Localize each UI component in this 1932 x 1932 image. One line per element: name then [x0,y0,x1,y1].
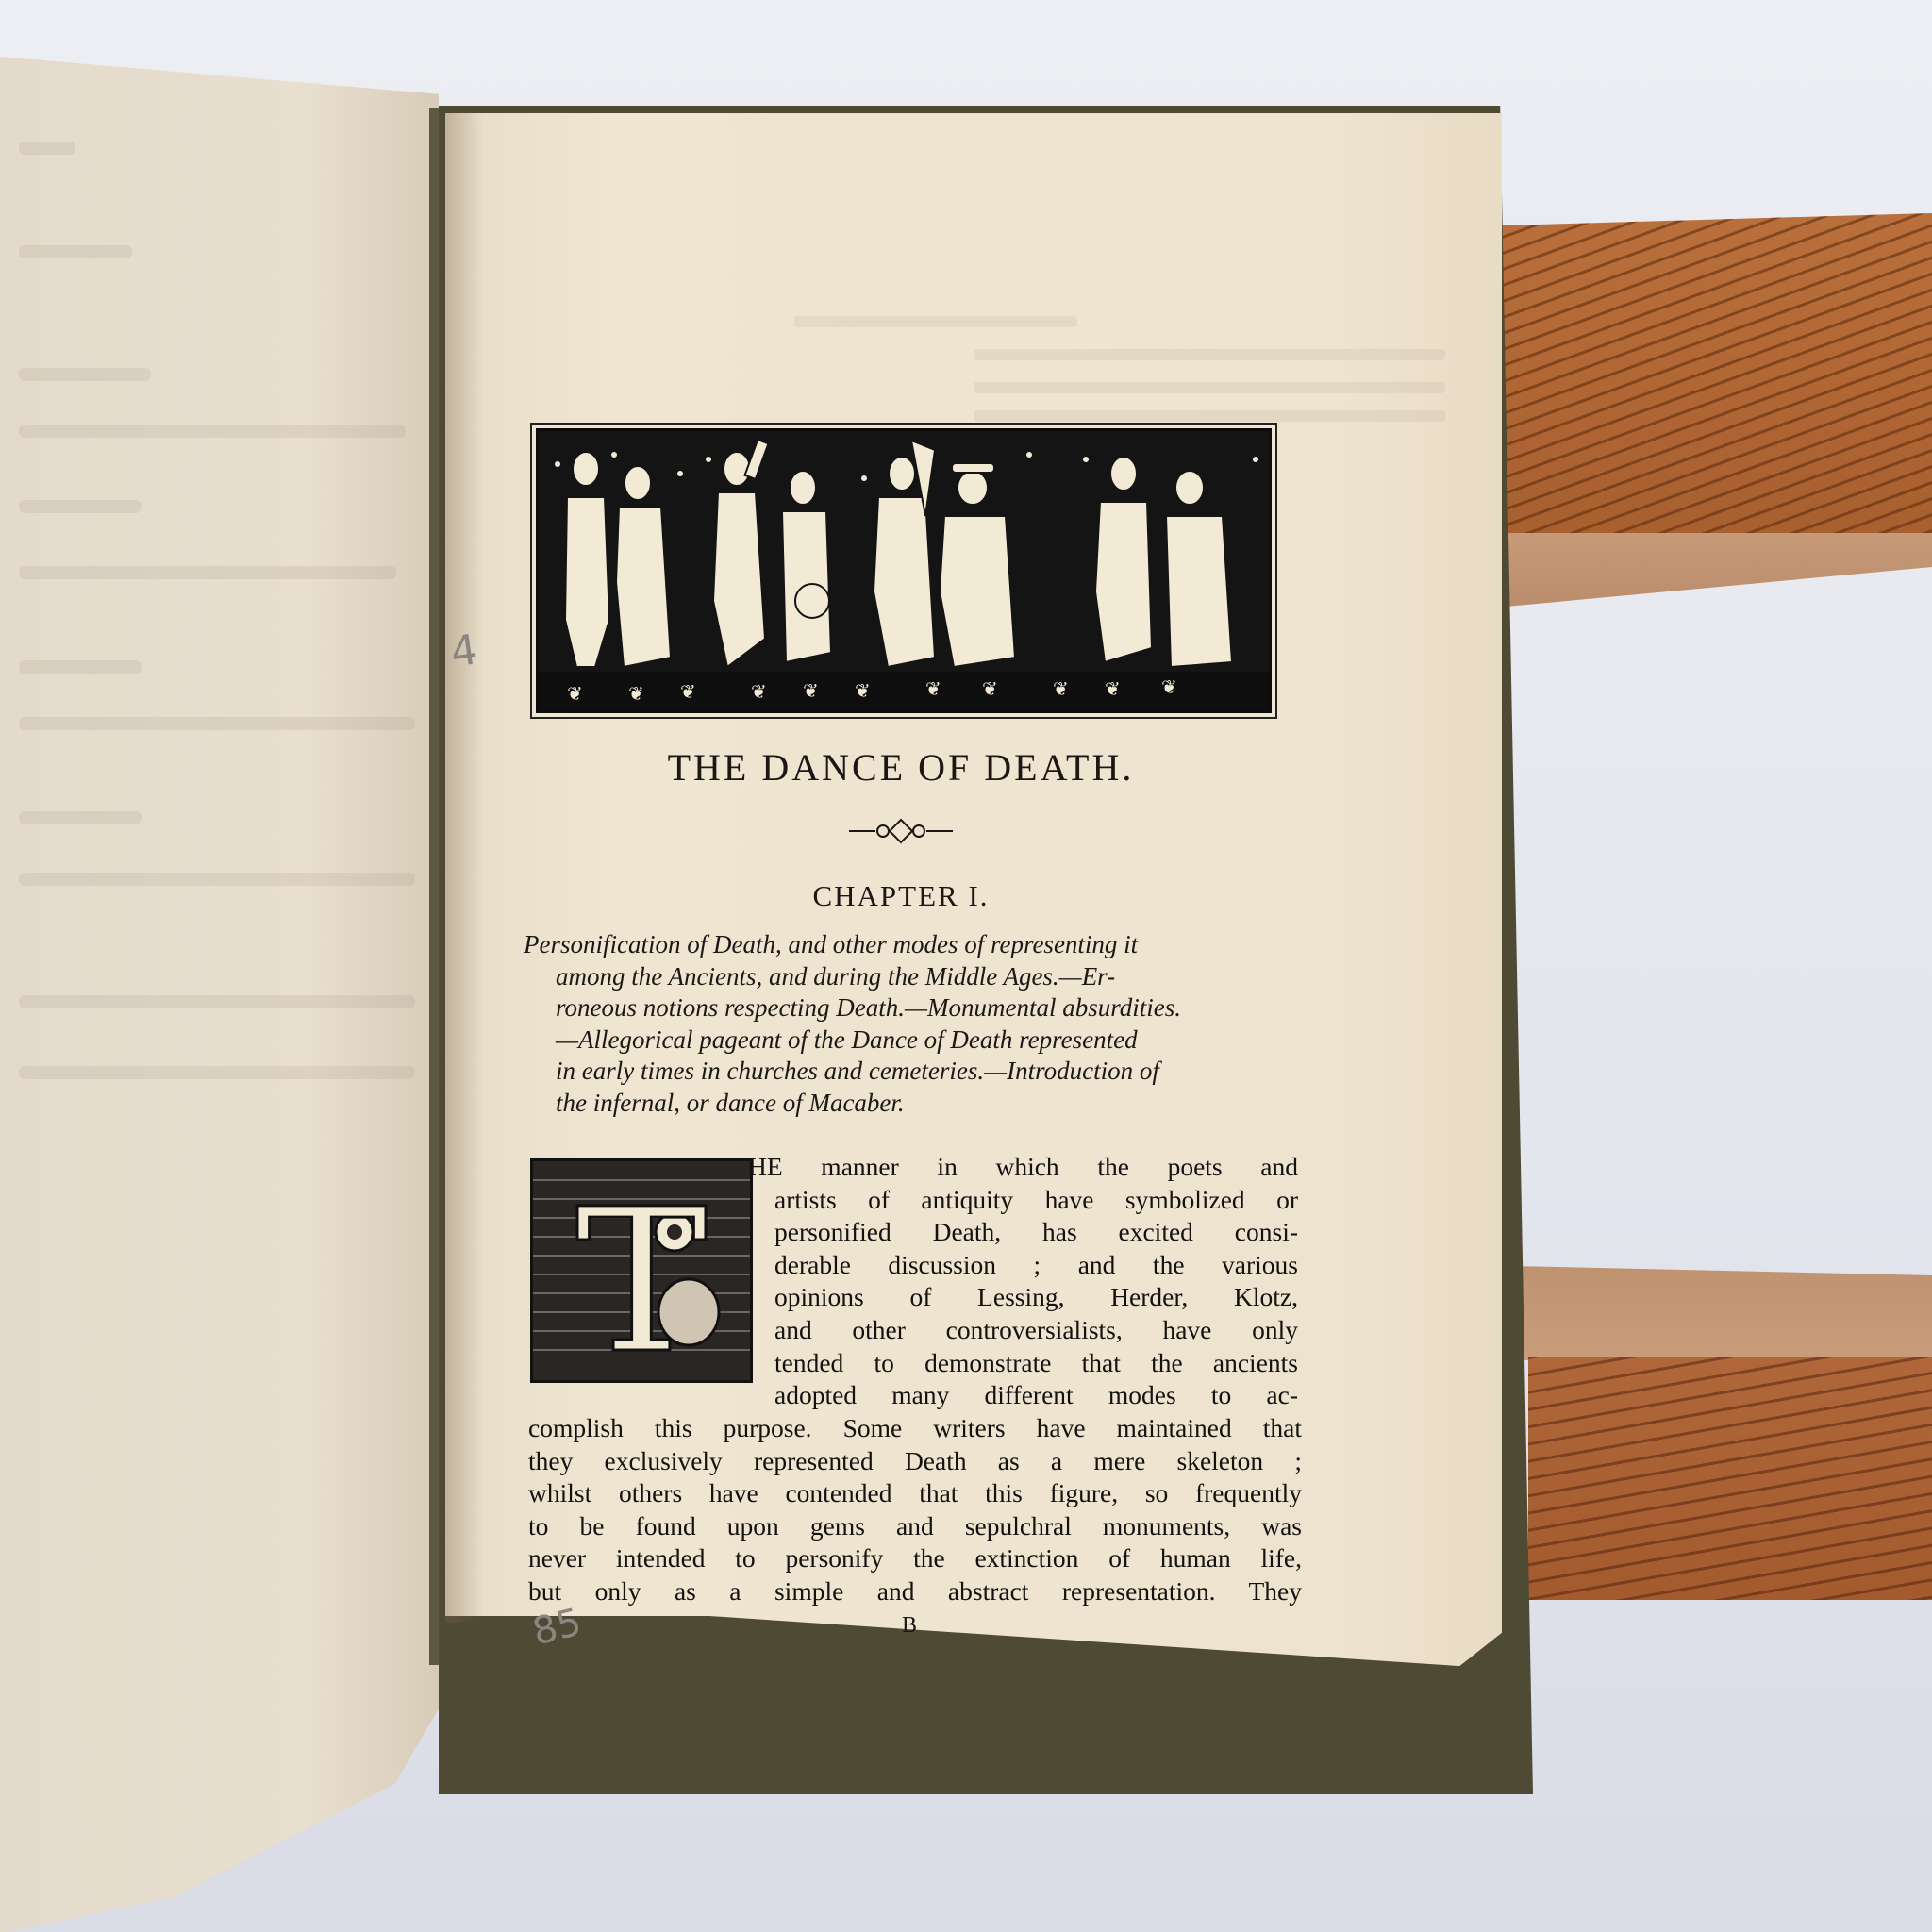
svg-text:❦: ❦ [567,682,583,705]
wooden-stand-upper-shelf [1476,213,1932,539]
body-line: tended to demonstrate that the ancients [774,1347,1298,1380]
body-line: HE manner in which the poets and [748,1151,1298,1184]
signature-mark: B [902,1613,917,1639]
gutter-shadow [445,113,483,1623]
bleed-through-line [794,316,1077,327]
ghost-text-line [19,142,75,155]
summary-line: Personification of Death, and other mode… [524,929,1297,961]
svg-text:❦: ❦ [1105,677,1121,700]
bleed-through-line [974,382,1445,393]
woodcut-illustration: ❦ ❦ ❦ ❦ ❦ ❦ ❦ ❦ ❦ ❦ ❦ [536,428,1272,713]
bleed-through-line [974,349,1445,360]
body-line: to be found upon gems and sepulchral mon… [528,1510,1302,1543]
body-text: complish this purpose. Some writers have… [528,1412,1302,1608]
svg-text:❦: ❦ [751,680,767,703]
ghost-text-line [19,368,151,381]
ghost-text-line [19,425,406,438]
svg-text:❦: ❦ [803,679,819,702]
chapter-heading: CHAPTER I. [528,879,1274,913]
summary-line: —Allegorical pageant of the Dance of Dea… [524,1024,1297,1057]
summary-line: among the Ancients, and during the Middl… [524,961,1297,993]
body-line: artists of antiquity have symbolized or [774,1184,1298,1217]
illuminated-letter-t-icon: T [533,1161,750,1380]
body-line: whilst others have contended that this f… [528,1477,1302,1510]
ghost-text-line [19,660,142,674]
wooden-stand-lower-shelf-edge [1514,1266,1932,1360]
body-line: opinions of Lessing, Herder, Klotz, [774,1281,1298,1314]
dance-of-death-frieze-icon: ❦ ❦ ❦ ❦ ❦ ❦ ❦ ❦ ❦ ❦ ❦ [539,431,1269,710]
ghost-text-line [19,995,415,1008]
body-line: adopted many different modes to ac- [774,1379,1298,1412]
summary-line: the infernal, or dance of Macaber. [524,1088,1297,1120]
svg-text:❦: ❦ [855,679,871,702]
ghost-text-line [19,500,142,513]
svg-text:❦: ❦ [982,677,998,700]
ornamental-drop-cap: T [530,1158,753,1383]
printer-ornament-icon [849,817,953,845]
bleed-through-line [974,410,1445,422]
ghost-text-line [19,245,132,258]
ghost-text-line [19,873,415,886]
ghost-text-line [19,1066,415,1079]
summary-line: roneous notions respecting Death.—Monume… [524,992,1297,1024]
ghost-text-line [19,811,142,824]
svg-text:T: T [575,1166,708,1380]
body-text-indented: HE manner in which the poets and artists… [748,1151,1298,1412]
left-page [0,57,439,1932]
body-line: they exclusively represented Death as a … [528,1445,1302,1478]
svg-text:❦: ❦ [680,680,696,703]
body-line: personified Death, has excited consi- [774,1216,1298,1249]
svg-text:❦: ❦ [925,677,941,700]
summary-line: in early times in churches and cemeterie… [524,1056,1297,1088]
body-line: never intended to personify the extincti… [528,1542,1302,1575]
svg-text:❦: ❦ [1161,675,1177,698]
body-line: but only as a simple and abstract repres… [528,1575,1302,1608]
body-line: complish this purpose. Some writers have… [528,1412,1302,1445]
book-title: THE DANCE OF DEATH. [528,745,1274,790]
body-line: and other controversialists, have only [774,1314,1298,1347]
wooden-stand-lower-shelf [1528,1357,1932,1600]
ghost-text-line [19,717,415,730]
body-line: derable discussion ; and the various [774,1249,1298,1282]
svg-text:❦: ❦ [628,682,644,705]
ghost-text-line [19,566,396,579]
svg-text:❦: ❦ [1053,677,1069,700]
chapter-summary: Personification of Death, and other mode… [524,929,1297,1119]
wooden-stand-upper-shelf-edge [1486,533,1932,608]
